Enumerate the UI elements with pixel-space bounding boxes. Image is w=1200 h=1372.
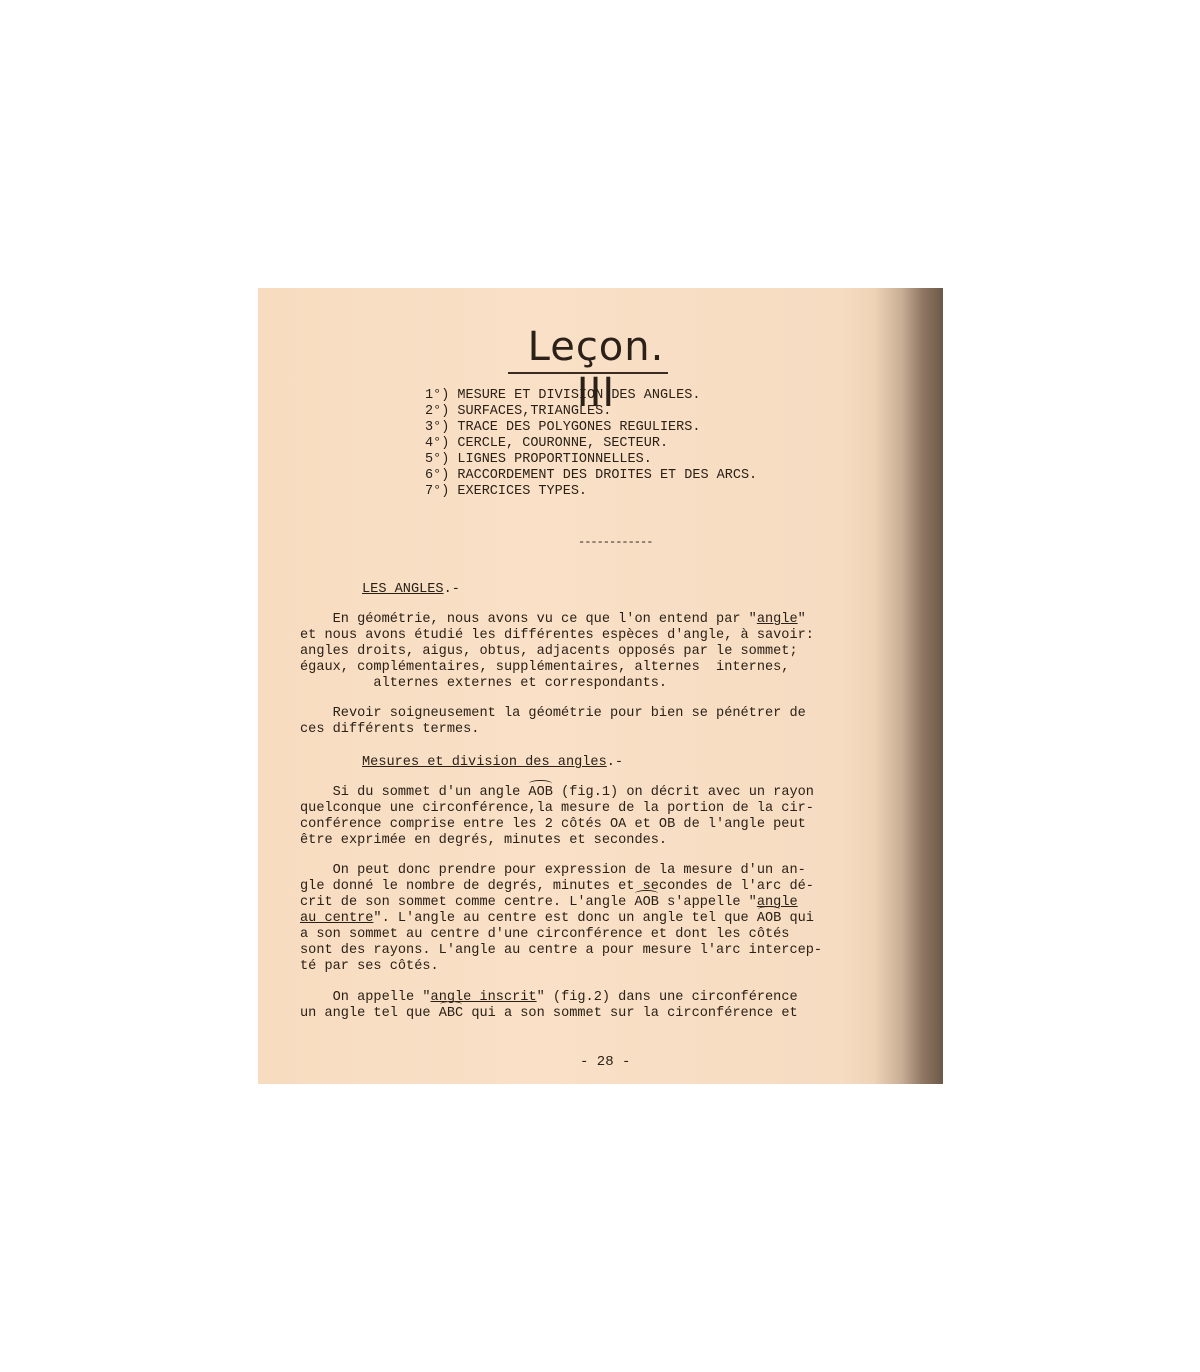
text-run: " (fig.2) dans une circonférence xyxy=(537,990,798,1005)
text-line: alternes externes et correspondants. xyxy=(300,676,667,691)
title-underline xyxy=(508,372,668,374)
text-line: a son sommet au centre d'une circonféren… xyxy=(300,927,789,942)
text-line: té par ses côtés. xyxy=(300,959,439,974)
separator-line: ------------ xyxy=(578,535,652,549)
toc-item: 5°) LIGNES PROPORTIONNELLES. xyxy=(425,452,757,468)
heading-suffix: .- xyxy=(607,755,623,770)
text-line: angles droits, aigus, obtus, adjacents o… xyxy=(300,644,798,659)
heading-text: LES ANGLES xyxy=(362,582,444,597)
text-line: On peut donc prendre pour expression de … xyxy=(300,863,806,878)
angle-notation: AOB xyxy=(757,911,781,927)
text-run: (fig.1) on décrit avec un rayon xyxy=(553,785,814,800)
text-run: crit de son sommet comme centre. L'angle xyxy=(300,895,634,910)
text-run: ". L'angle au centre est donc un angle t… xyxy=(373,911,756,926)
toc-item: 2°) SURFACES,TRIANGLES. xyxy=(425,404,757,420)
section-heading-angles: LES ANGLES.- xyxy=(362,582,460,598)
paragraph: Revoir soigneusement la géométrie pour b… xyxy=(300,706,806,738)
underlined-term: au centre xyxy=(300,911,373,926)
text-line: égaux, complémentaires, supplémentaires,… xyxy=(300,660,789,675)
document-page: Leçon. III 1°) MESURE ET DIVISION DES AN… xyxy=(258,288,943,1084)
text-run: Si du sommet d'un angle xyxy=(300,785,528,800)
text-run: s'appelle " xyxy=(659,895,757,910)
paragraph: On peut donc prendre pour expression de … xyxy=(300,863,822,975)
text-run: un angle tel que xyxy=(300,1006,439,1021)
text-line: conférence comprise entre les 2 côtés OA… xyxy=(300,817,806,832)
underlined-term: angle xyxy=(757,612,798,627)
heading-suffix: .- xyxy=(444,582,460,597)
paragraph: Si du sommet d'un angle AOB (fig.1) on d… xyxy=(300,785,814,849)
text-run: qui xyxy=(781,911,814,926)
text-run: qui a son sommet sur la circonférence et xyxy=(463,1006,797,1021)
angle-notation: ABC xyxy=(439,1006,463,1022)
toc-item: 3°) TRACE DES POLYGONES REGULIERS. xyxy=(425,420,757,436)
text-run: " xyxy=(798,612,806,627)
angle-notation: AOB xyxy=(528,785,552,801)
paragraph: En géométrie, nous avons vu ce que l'on … xyxy=(300,612,814,692)
section-heading-measures: Mesures et division des angles.- xyxy=(362,755,623,771)
paragraph: On appelle "angle inscrit" (fig.2) dans … xyxy=(300,990,798,1022)
text-line: ces différents termes. xyxy=(300,722,479,737)
toc-item: 4°) CERCLE, COURONNE, SECTEUR. xyxy=(425,436,757,452)
toc-item: 7°) EXERCICES TYPES. xyxy=(425,484,757,500)
text-line: sont des rayons. L'angle au centre a pou… xyxy=(300,943,822,958)
angle-notation: AOB xyxy=(634,895,658,911)
text-line: Revoir soigneusement la géométrie pour b… xyxy=(300,706,806,721)
text-line: être exprimée en degrés, minutes et seco… xyxy=(300,833,667,848)
heading-text: Mesures et division des angles xyxy=(362,755,607,770)
toc-item: 6°) RACCORDEMENT DES DROITES ET DES ARCS… xyxy=(425,468,757,484)
page-number: - 28 - xyxy=(580,1054,630,1070)
text-run: En géométrie, nous avons vu ce que l'on … xyxy=(300,612,757,627)
text-run: On appelle " xyxy=(300,990,431,1005)
text-line: quelconque une circonférence,la mesure d… xyxy=(300,801,814,816)
text-line: et nous avons étudié les différentes esp… xyxy=(300,628,814,643)
text-line: gle donné le nombre de degrés, minutes e… xyxy=(300,879,814,894)
table-of-contents: 1°) MESURE ET DIVISION DES ANGLES. 2°) S… xyxy=(425,388,757,500)
toc-item: 1°) MESURE ET DIVISION DES ANGLES. xyxy=(425,388,757,404)
